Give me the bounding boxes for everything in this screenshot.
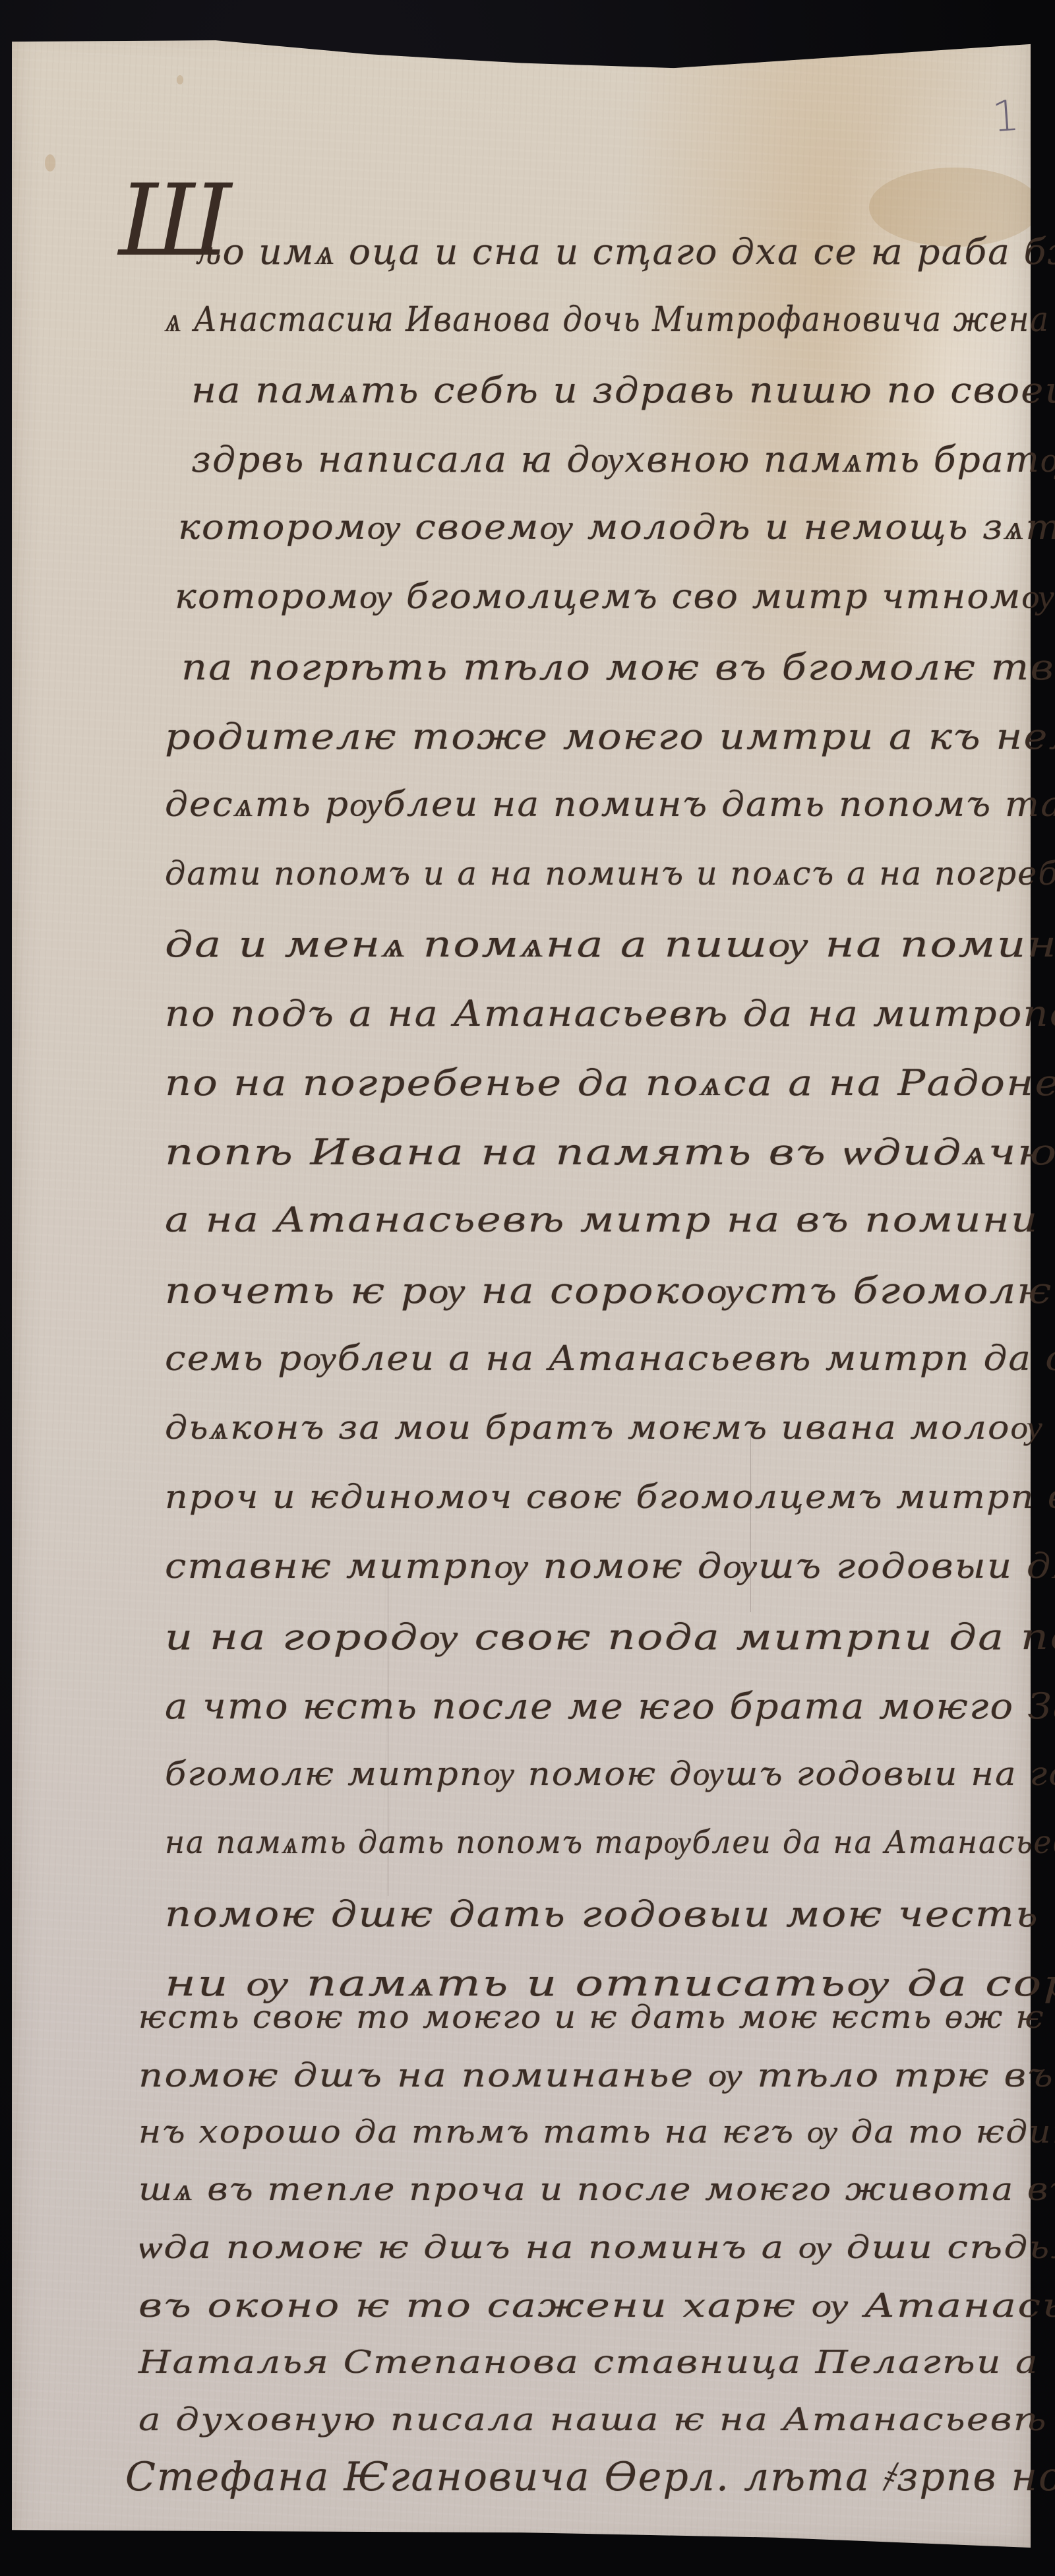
manuscript-line: ѥсть своѥ то моѥго и ѥ дать моѥ ѥсть ѳж … (138, 1999, 1055, 2036)
manuscript-line: ѡда помоѥ ѥ дшъ на поминъ а ѹ дши сѣдьмъ… (138, 2229, 1055, 2266)
manuscript-line: помоѥ дшъ на поминанье ѹ тѣло трѥ въ мов… (138, 2056, 1055, 2094)
manuscript-line: по подъ а на Атанасьевѣ да на митрополич… (165, 993, 1055, 1034)
folio-number: 1 (990, 92, 1021, 142)
manuscript-line: ѧ Анастасиꙗ Иванова дочь Митрофановича ж… (165, 300, 1055, 340)
manuscript-line: попѣ Ивана на память въ ѡдидѧчю по ѥ (165, 1131, 1055, 1173)
manuscript-line: а что ѥсть после ме ѥго брата моѥго Запа… (165, 1685, 1055, 1727)
manuscript-line: и на городѹ своѥ пода митрпи да пошлѹ по… (165, 1616, 1055, 1658)
manuscript-line: да и менѧ помѧна а пишѹ на поминѥ да (165, 924, 1055, 965)
manuscript-line: семь рѹблеи а на Атанасьевѣ митрп да сор… (165, 1339, 1055, 1379)
closing-text: Стефана Ѥгановича Ѳерл. лѣта ҂зрпв ноѧбр… (125, 2454, 1055, 2500)
manuscript-line: на памѧть себѣ и здравь пишю по своеи во… (191, 369, 1055, 411)
manuscript-line: по на погребенье да поѧса а на Радонежѣ (165, 1062, 1055, 1104)
manuscript-line: помоѥ дшѥ дать годовыи моѥ честь ѥ десѧ (165, 1893, 1055, 1935)
manuscript-line: десѧть рѹблеи на поминъ дать попомъ тарѹ… (165, 785, 1055, 825)
manuscript-line: здрвь написала ꙗ дѹхвною памѧть братѹ св… (191, 439, 1055, 480)
manuscript-line: которомѹ бгомолцемъ сво митр чтномѹ свщн… (175, 577, 1055, 617)
manuscript-line: бгомолѥ митрпѹ помоѥ дѹшъ годовыи на год… (165, 1755, 1055, 1793)
manuscript-line: а духовную писала наша ѥ на Атанасьевѣ м… (138, 2401, 1055, 2438)
manuscript-line: въ оконо ѥ то сажени харѥ ѹ Атанасьевича (138, 2286, 1055, 2325)
manuscript-line: а на Атанасьевѣ митр на въ помини да да (165, 1201, 1055, 1240)
manuscript-line: ставнѥ митрпѹ помоѥ дѹшъ годовыи дѧ соро… (165, 1547, 1055, 1586)
signature-date-line: Стефана Ѥгановича Ѳерл. лѣта ҂зрпв ноѧбр… (125, 2454, 1055, 2500)
ink-spot (177, 75, 183, 84)
manuscript-line: проч и ѥдиномоч своѥ бгомолцемъ митрп в … (165, 1478, 1055, 1516)
manuscript-line: шѧ въ тепле проча и после моѥго живота в… (138, 2171, 1055, 2208)
manuscript-line: родителѥ тоже моѥго имтри а къ нему дашѣ (165, 716, 1055, 757)
manuscript-line: дати попомъ и а на поминъ и поѧсъ а на п… (165, 854, 1055, 893)
manuscript-line: дьѧконъ за мои братъ моѥмъ ивана молоѹ н… (165, 1408, 1055, 1447)
manuscript-line: которомѹ своемѹ молодѣ и немощь зѧтю сво… (178, 508, 1055, 548)
manuscript-line: Наталья Степанова ставница Пелагѣи а и Ф… (138, 2344, 1055, 2381)
manuscript-line: ԉо имѧ оца и сна и сҭаго дха се ꙗ раба б… (198, 231, 1055, 272)
manuscript-line: ни ѹ памѧть и отписатьѹ да сорокоѹ свѣчи (165, 1963, 1055, 2004)
manuscript-line: почеть ѥ рѹ на сорокоѹстъ бгомолѥ митрп (165, 1270, 1055, 1311)
manuscript-line: па погрѣть тѣло моѥ въ бгомолѥ твоѥ митр (181, 646, 1055, 688)
manuscript-line: на памѧть дать попомъ тарѹблеи да на Ата… (165, 1824, 1055, 1861)
manuscript-line: нъ хорошо да тѣмъ тать на ѥгъ ѹ да то ѥд… (138, 2114, 1055, 2151)
ink-spot (45, 154, 55, 172)
